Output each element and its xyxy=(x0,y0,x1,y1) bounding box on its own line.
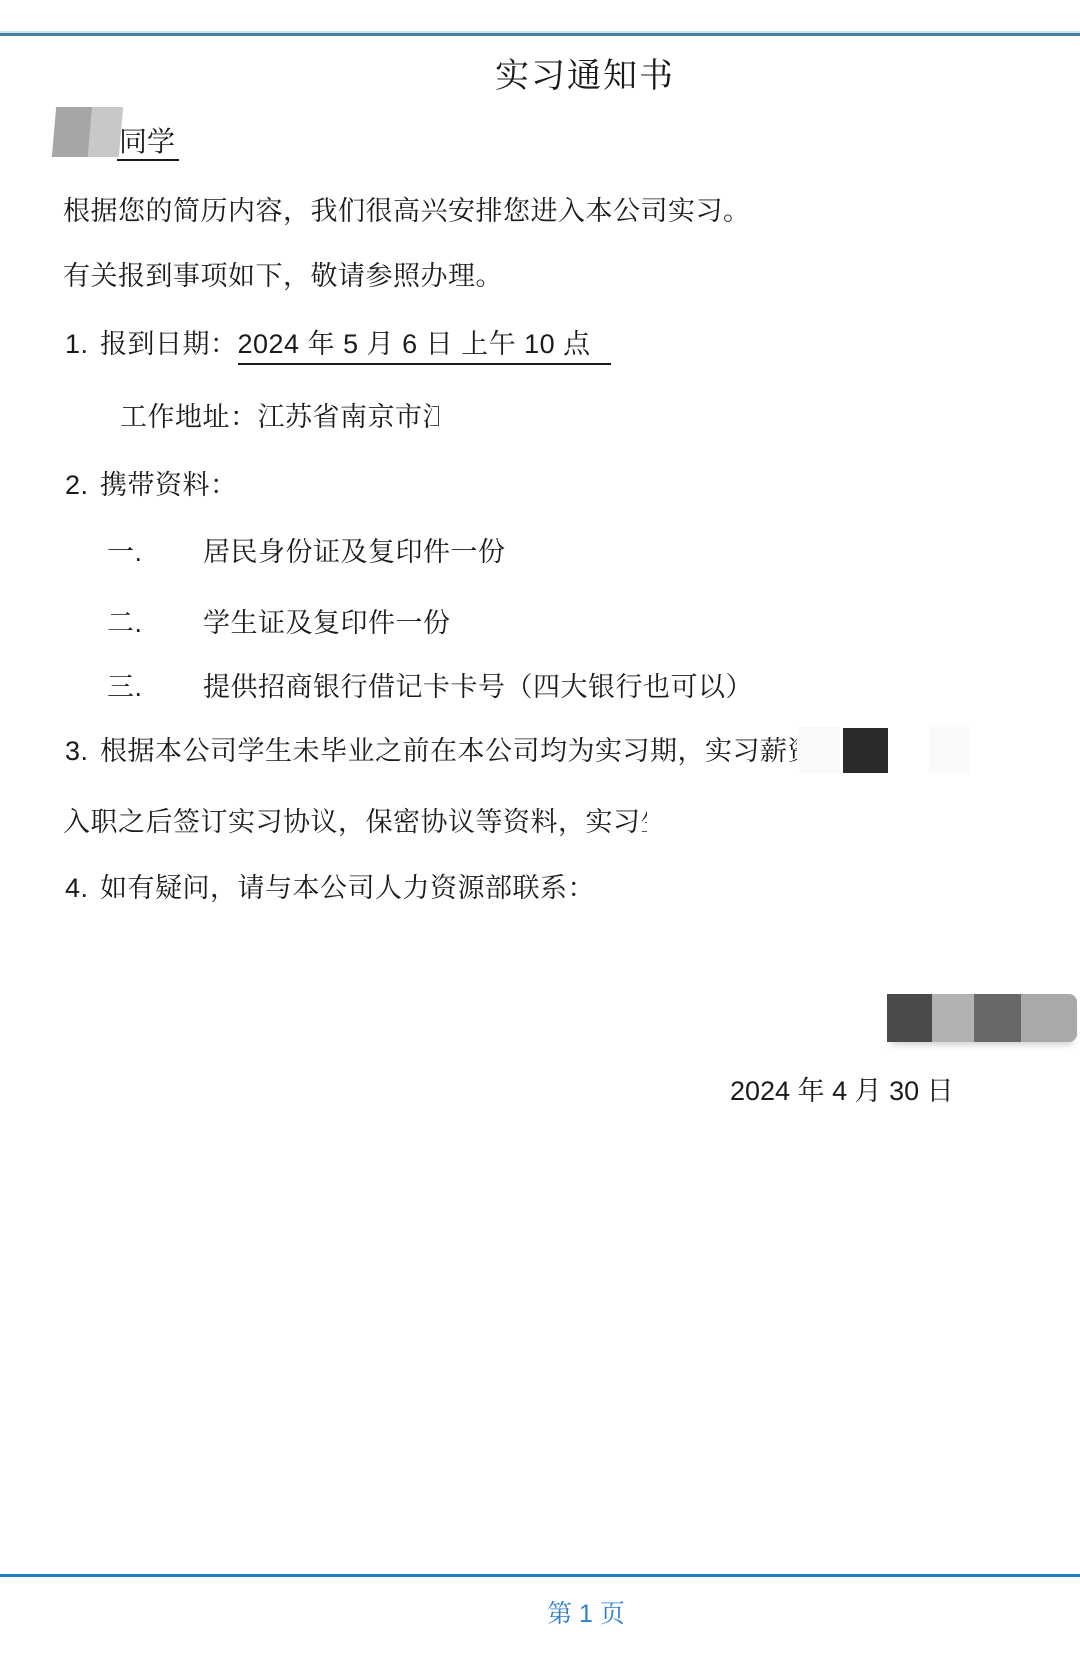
salary-faint-redaction-right xyxy=(929,727,970,773)
subitem-3-text: 提供招商银行借记卡卡号（四大银行也可以） xyxy=(203,672,753,702)
work-address-value: 江苏省南京市 xyxy=(258,402,423,432)
item-4-text: 如有疑问，请与本公司人力资源部联系： xyxy=(100,873,595,903)
subitem-id-card: 一.居民身份证及复印件一份 xyxy=(107,530,506,569)
footer-divider-rule xyxy=(0,1574,1080,1577)
item-3-text: 根据本公司学生未毕业之前在本公司均为实习期，实习薪 xyxy=(100,736,788,766)
signature-redaction-band xyxy=(887,994,1077,1042)
item-4-contact: 4.如有疑问，请与本公司人力资源部联系： xyxy=(65,866,595,905)
signature-redaction-segment-1 xyxy=(887,994,932,1042)
item-1-label: 报到日期： xyxy=(100,329,238,359)
page-title: 实习通知书 xyxy=(45,48,1080,97)
item-2-number: 2. xyxy=(65,470,100,501)
item-3-continuation-partial-char: 生 xyxy=(641,800,647,839)
work-address-partial-char: 江 xyxy=(423,395,439,434)
item-3-continuation: 入职之后签订实习协议，保密协议等资料，实习生 xyxy=(63,800,647,839)
subitem-2-marker: 二. xyxy=(107,601,203,640)
subitem-student-card: 二.学生证及复印件一份 xyxy=(107,601,451,640)
subitem-3-marker: 三. xyxy=(107,665,203,704)
greeting-suffix: 同学 xyxy=(117,126,179,161)
name-redaction-box xyxy=(52,107,123,157)
work-address-line: 工作地址：江苏省南京市江 xyxy=(120,395,439,434)
salary-black-redaction-box xyxy=(843,728,888,773)
signature-redaction-segment-4 xyxy=(1021,994,1077,1042)
issue-date: 2024 年 4 月 30 日 xyxy=(730,1069,954,1108)
item-2-label: 携带资料： xyxy=(100,470,238,500)
item-2-materials: 2.携带资料： xyxy=(65,463,238,502)
intro-line-1: 根据您的简历内容，我们很高兴安排您进入本公司实习。 xyxy=(63,189,751,228)
item-3-partial-char: 资 xyxy=(788,729,797,768)
page-number-label: 第 1 页 xyxy=(46,1594,1080,1630)
item-1-report-date: 1.报到日期：2024 年 5 月 6 日 上午 10 点 xyxy=(65,322,611,361)
signature-redaction-segment-2 xyxy=(932,994,974,1042)
subitem-1-marker: 一. xyxy=(107,530,203,569)
top-divider-rule xyxy=(0,31,1080,36)
subitem-bank-card: 三.提供招商银行借记卡卡号（四大银行也可以） xyxy=(107,665,753,704)
work-address-label: 工作地址： xyxy=(120,402,258,432)
item-1-date-value: 2024 年 5 月 6 日 上午 10 点 xyxy=(238,329,611,365)
salary-faint-redaction-left xyxy=(799,727,840,773)
item-1-number: 1. xyxy=(65,329,100,360)
subitem-1-text: 居民身份证及复印件一份 xyxy=(203,537,506,567)
document-page: 实习通知书 同学 根据您的简历内容，我们很高兴安排您进入本公司实习。 有关报到事… xyxy=(0,0,1080,1654)
item-3-number: 3. xyxy=(65,736,100,767)
greeting-line: 同学 xyxy=(117,120,179,160)
name-redaction-dark-segment xyxy=(52,107,92,157)
signature-redaction-segment-3 xyxy=(974,994,1021,1042)
item-3-salary: 3.根据本公司学生未毕业之前在本公司均为实习期，实习薪资 xyxy=(65,729,797,768)
item-3-continuation-text: 入职之后签订实习协议，保密协议等资料，实习 xyxy=(63,807,641,837)
item-4-number: 4. xyxy=(65,873,100,904)
intro-line-2: 有关报到事项如下，敬请参照办理。 xyxy=(63,254,503,293)
subitem-2-text: 学生证及复印件一份 xyxy=(203,608,451,638)
